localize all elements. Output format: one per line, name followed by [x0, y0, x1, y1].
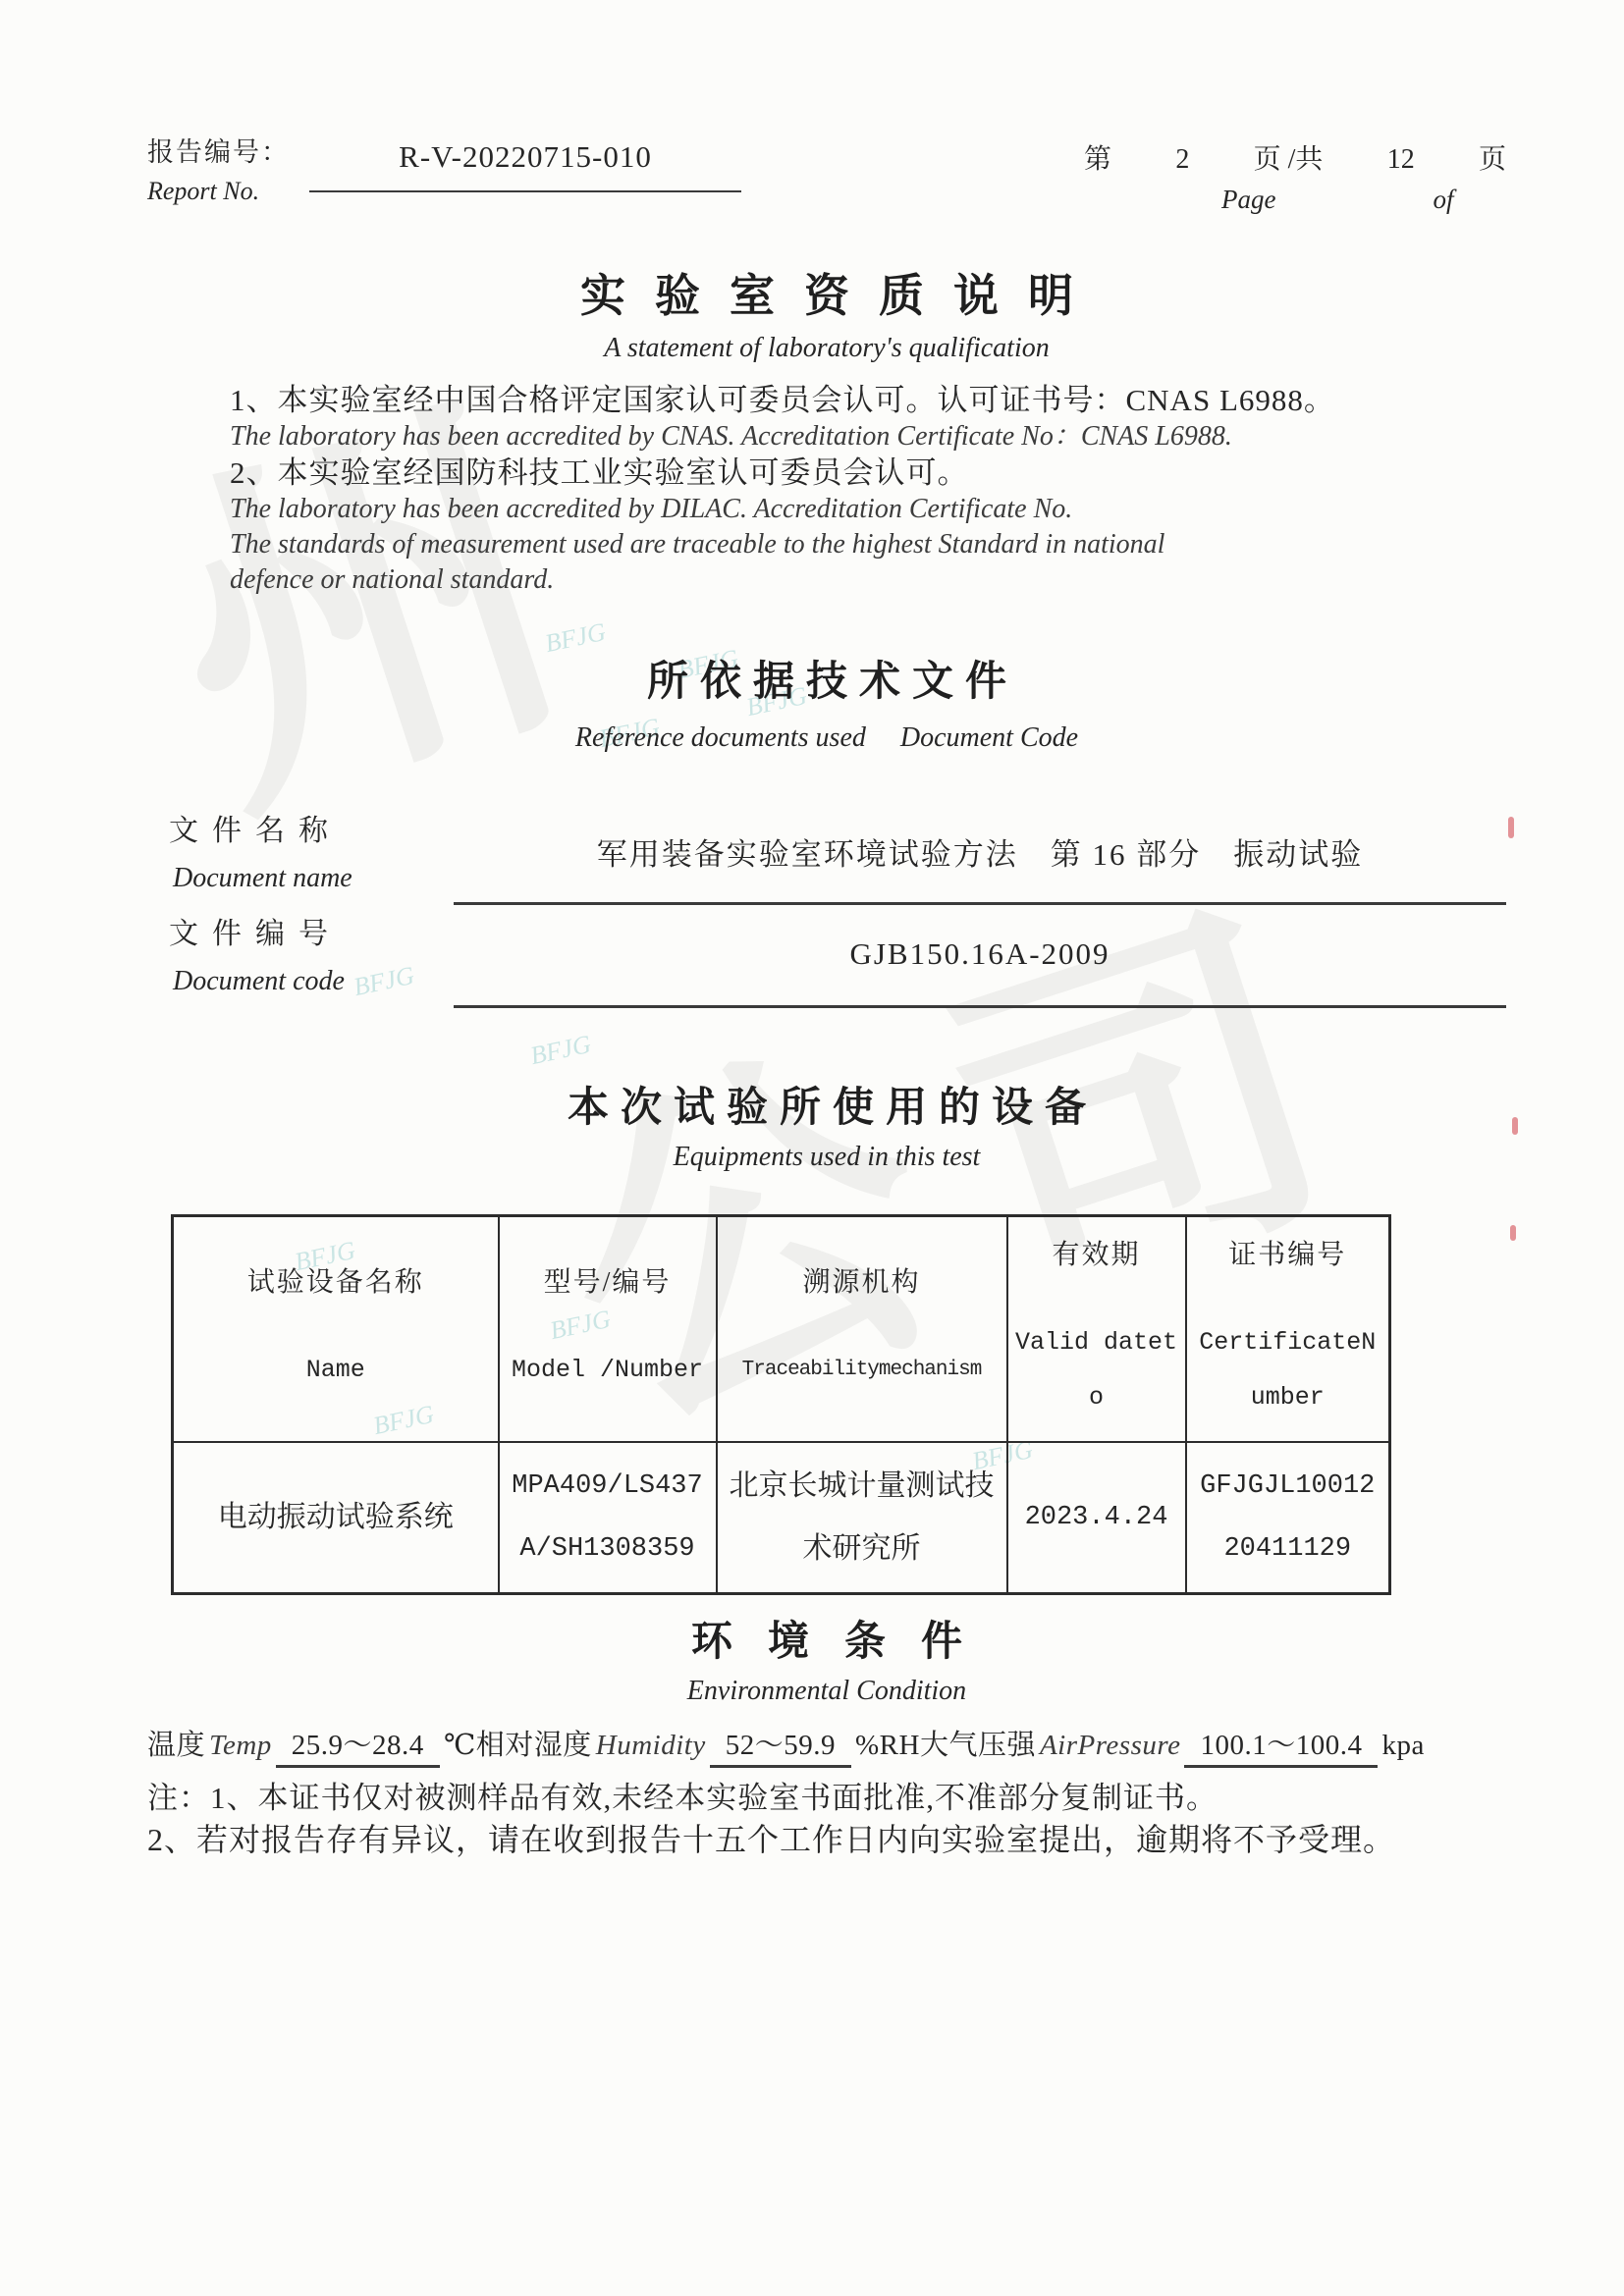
page-label-en: Page — [1221, 185, 1275, 215]
page-number-group: 第 2 页 /共 12 页 Page of — [1084, 137, 1506, 215]
document-name-label: 文件名称 Document name — [147, 806, 454, 905]
humidity-value: 52～59.9 — [710, 1723, 851, 1768]
report-no-label-en: Report No. — [147, 175, 290, 208]
cell-valid-date: 2023.4.24 — [1007, 1442, 1186, 1594]
cell-equipment-name: 电动振动试验系统 — [173, 1442, 499, 1594]
column-header-certificate: 证书编号 CertificateNumber — [1186, 1216, 1390, 1443]
environment-values-line: 温度 Temp 25.9～28.4 ℃ 相对湿度 Humidity 52～59.… — [147, 1723, 1506, 1768]
document-code-label-en: Document code — [169, 966, 454, 997]
report-no-group: 报告编号： Report No. R-V-20220715-010 — [147, 135, 741, 208]
report-content: 报告编号： Report No. R-V-20220715-010 第 2 页 … — [0, 0, 1624, 1860]
temp-label-en: Temp — [205, 1730, 276, 1762]
environment-title-zh: 环境条件 — [147, 1609, 1506, 1668]
page-current: 2 — [1175, 144, 1189, 176]
column-header-model: 型号/编号 Model /Number — [499, 1216, 717, 1443]
column-header-name-en: Name — [180, 1343, 492, 1398]
scanned-report-page: 州 公司 BFJG BFJG BFJG BFJG BFJG BFJG BFJG … — [0, 0, 1624, 2296]
document-code-label: 文件编号 Document code — [147, 909, 454, 1008]
column-header-valid-date-zh: 有效期 — [1014, 1233, 1179, 1272]
qualification-line: The laboratory has been accredited by DI… — [230, 492, 1506, 527]
column-header-certificate-zh: 证书编号 — [1193, 1233, 1383, 1272]
qualification-title-en: A statement of laboratory's qualificatio… — [147, 333, 1506, 364]
document-code-value: GJB150.16A-2009 — [454, 909, 1506, 1008]
qualification-line: 1、本实验室经中国合格评定国家认可委员会认可。认可证书号：CNAS L6988。 — [230, 382, 1506, 419]
page-suffix: 页 — [1479, 137, 1506, 177]
note-line-2: 2、若对报告存有异议，请在收到报告十五个工作日内向实验室提出，逾期将不予受理。 — [147, 1819, 1506, 1860]
pressure-label-zh: 大气压强 — [920, 1723, 1036, 1763]
cell-model-number: MPA409/LS437A/SH1308359 — [499, 1442, 717, 1594]
of-label-en: of — [1433, 185, 1453, 215]
qualification-title-zh: 实验室资质说明 — [147, 260, 1506, 325]
header: 报告编号： Report No. R-V-20220715-010 第 2 页 … — [147, 135, 1506, 215]
humidity-unit: %RH — [851, 1730, 920, 1762]
temp-label-zh: 温度 — [147, 1723, 205, 1763]
qualification-line: 2、本实验室经国防科技工业实验室认可委员会认可。 — [230, 454, 1506, 492]
page-total: 12 — [1387, 144, 1415, 176]
equipment-title-en: Equipments used in this test — [147, 1142, 1506, 1173]
notes: 注：1、本证书仅对被测样品有效,未经本实验室书面批准,不准部分复制证书。 2、若… — [147, 1778, 1506, 1860]
column-header-traceability-en: Traceabilitymechanism — [724, 1343, 1001, 1398]
page-number-row: 第 2 页 /共 12 页 — [1084, 137, 1506, 177]
pressure-unit: kpa — [1378, 1730, 1424, 1762]
column-header-valid-date-en: Valid dateto — [1014, 1315, 1179, 1425]
document-fields: 文件名称 Document name 军用装备实验室环境试验方法 第 16 部分… — [147, 806, 1506, 1008]
column-header-traceability-zh: 溯源机构 — [724, 1260, 1001, 1300]
temp-value: 25.9～28.4 — [276, 1723, 440, 1768]
equipment-title-zh: 本次试验所使用的设备 — [147, 1075, 1506, 1134]
equipment-table-data-row: 电动振动试验系统 MPA409/LS437A/SH1308359 北京长城计量测… — [173, 1442, 1390, 1594]
qualification-line: The standards of measurement used are tr… — [230, 527, 1506, 562]
column-header-valid-date: 有效期 Valid dateto — [1007, 1216, 1186, 1443]
cell-traceability: 北京长城计量测试技术研究所 — [717, 1442, 1007, 1594]
report-no-labels: 报告编号： Report No. — [147, 135, 290, 208]
document-name-row: 文件名称 Document name 军用装备实验室环境试验方法 第 16 部分… — [147, 806, 1506, 905]
page-mid-label: 页 /共 — [1254, 137, 1324, 177]
column-header-model-zh: 型号/编号 — [506, 1260, 710, 1300]
equipment-table-header-row: 试验设备名称 Name 型号/编号 Model /Number 溯源机构 Tra… — [173, 1216, 1390, 1443]
document-name-label-zh: 文件名称 — [169, 806, 454, 849]
column-header-name: 试验设备名称 Name — [173, 1216, 499, 1443]
report-no-value: R-V-20220715-010 — [309, 139, 741, 192]
cell-certificate-number: GFJGJL1001220411129 — [1186, 1442, 1390, 1594]
page-prefix: 第 — [1084, 137, 1111, 177]
report-no-label-zh: 报告编号： — [147, 135, 290, 169]
qualification-line: The laboratory has been accredited by CN… — [230, 419, 1506, 454]
environment-title-en: Environmental Condition — [147, 1676, 1506, 1707]
column-header-name-zh: 试验设备名称 — [180, 1260, 492, 1300]
page-number-english-row: Page of — [1084, 185, 1506, 215]
document-name-value: 军用装备实验室环境试验方法 第 16 部分 振动试验 — [454, 806, 1506, 905]
document-name-label-en: Document name — [169, 863, 454, 894]
equipment-table: 试验设备名称 Name 型号/编号 Model /Number 溯源机构 Tra… — [171, 1214, 1391, 1595]
column-header-certificate-en: CertificateNumber — [1193, 1315, 1383, 1425]
qualification-paragraph: 1、本实验室经中国合格评定国家认可委员会认可。认可证书号：CNAS L6988。… — [147, 382, 1506, 598]
pressure-value: 100.1～100.4 — [1184, 1723, 1378, 1768]
column-header-model-en: Model /Number — [506, 1343, 710, 1398]
temp-unit: ℃ — [440, 1728, 476, 1762]
humidity-label-zh: 相对湿度 — [476, 1723, 592, 1763]
reference-docs-title-zh: 所依据技术文件 — [147, 649, 1506, 708]
humidity-label-en: Humidity — [592, 1730, 710, 1762]
document-code-row: 文件编号 Document code GJB150.16A-2009 — [147, 909, 1506, 1008]
note-line-1: 注：1、本证书仅对被测样品有效,未经本实验室书面批准,不准部分复制证书。 — [147, 1778, 1506, 1819]
qualification-line: defence or national standard. — [230, 562, 1506, 598]
column-header-traceability: 溯源机构 Traceabilitymechanism — [717, 1216, 1007, 1443]
pressure-label-en: AirPressure — [1036, 1730, 1185, 1762]
document-code-label-zh: 文件编号 — [169, 909, 454, 952]
reference-docs-title-en: Reference documents used Document Code — [147, 716, 1506, 755]
